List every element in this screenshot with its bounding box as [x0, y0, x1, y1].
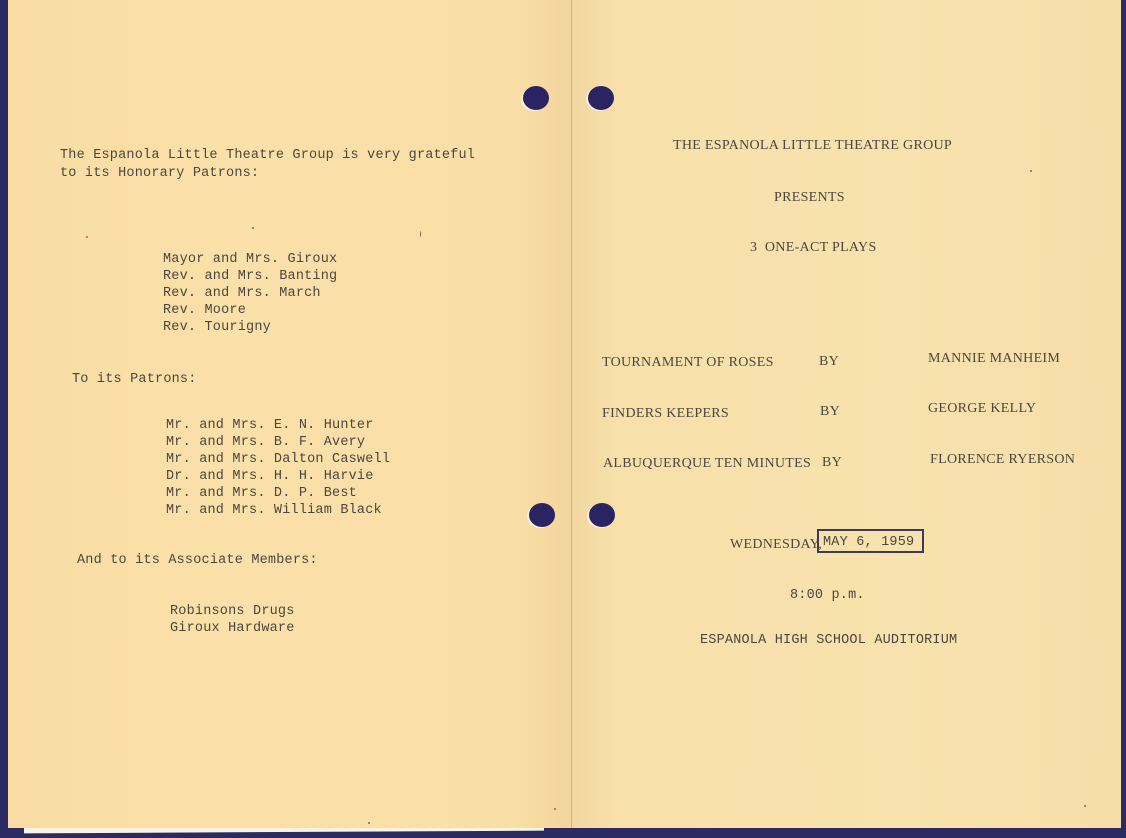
list-item: Dr. and Mrs. H. H. Harvie [166, 468, 374, 485]
punch-hole-bottom-right [589, 503, 615, 527]
list-item: Mr. and Mrs. D. P. Best [166, 485, 357, 502]
paper-speck [1084, 805, 1086, 807]
paper-speck [554, 808, 556, 810]
play-by: BY [822, 454, 842, 471]
list-item: Rev. and Mrs. March [163, 285, 321, 302]
paper-speck [86, 236, 88, 238]
performance-date: MAY 6, 1959 [823, 534, 914, 551]
paper-speck [420, 231, 421, 237]
list-item: Rev. Moore [163, 302, 246, 319]
associates-heading: And to its Associate Members: [77, 552, 318, 569]
presents-label: PRESENTS [774, 189, 845, 206]
patrons-heading: To its Patrons: [72, 371, 197, 388]
punch-hole-bottom-left [529, 503, 555, 527]
paper-speck [252, 227, 254, 229]
punch-hole-top-left [523, 86, 549, 110]
list-item: Mr. and Mrs. Dalton Caswell [166, 451, 390, 468]
performance-time: 8:00 p.m. [790, 587, 865, 604]
play-title: ALBUQUERQUE TEN MINUTES [603, 455, 811, 472]
performance-day: WEDNESDAY, [730, 536, 822, 553]
list-item: Mr. and Mrs. William Black [166, 502, 382, 519]
list-item: Robinsons Drugs [170, 603, 295, 620]
play-title: TOURNAMENT OF ROSES [602, 354, 774, 371]
plays-subtitle: 3 ONE-ACT PLAYS [750, 239, 877, 256]
intro-line-1: The Espanola Little Theatre Group is ver… [60, 147, 475, 164]
intro-line-2: to its Honorary Patrons: [60, 165, 259, 182]
group-title: THE ESPANOLA LITTLE THEATRE GROUP [673, 137, 952, 154]
list-item: Mr. and Mrs. E. N. Hunter [166, 417, 374, 434]
center-fold [571, 0, 572, 828]
play-author: MANNIE MANHEIM [928, 350, 1060, 367]
paper-speck [368, 822, 370, 824]
list-item: Giroux Hardware [170, 620, 295, 637]
play-title: FINDERS KEEPERS [602, 405, 729, 422]
play-by: BY [819, 353, 839, 370]
scanned-program: The Espanola Little Theatre Group is ver… [0, 0, 1126, 838]
paper-speck [1030, 170, 1032, 172]
play-author: GEORGE KELLY [928, 400, 1036, 417]
punch-hole-top-right [588, 86, 614, 110]
list-item: Rev. Tourigny [163, 319, 271, 336]
venue: ESPANOLA HIGH SCHOOL AUDITORIUM [700, 632, 957, 649]
list-item: Mr. and Mrs. B. F. Avery [166, 434, 365, 451]
play-by: BY [820, 403, 840, 420]
list-item: Mayor and Mrs. Giroux [163, 251, 337, 268]
play-author: FLORENCE RYERSON [930, 451, 1075, 468]
list-item: Rev. and Mrs. Banting [163, 268, 337, 285]
left-page [8, 0, 571, 828]
